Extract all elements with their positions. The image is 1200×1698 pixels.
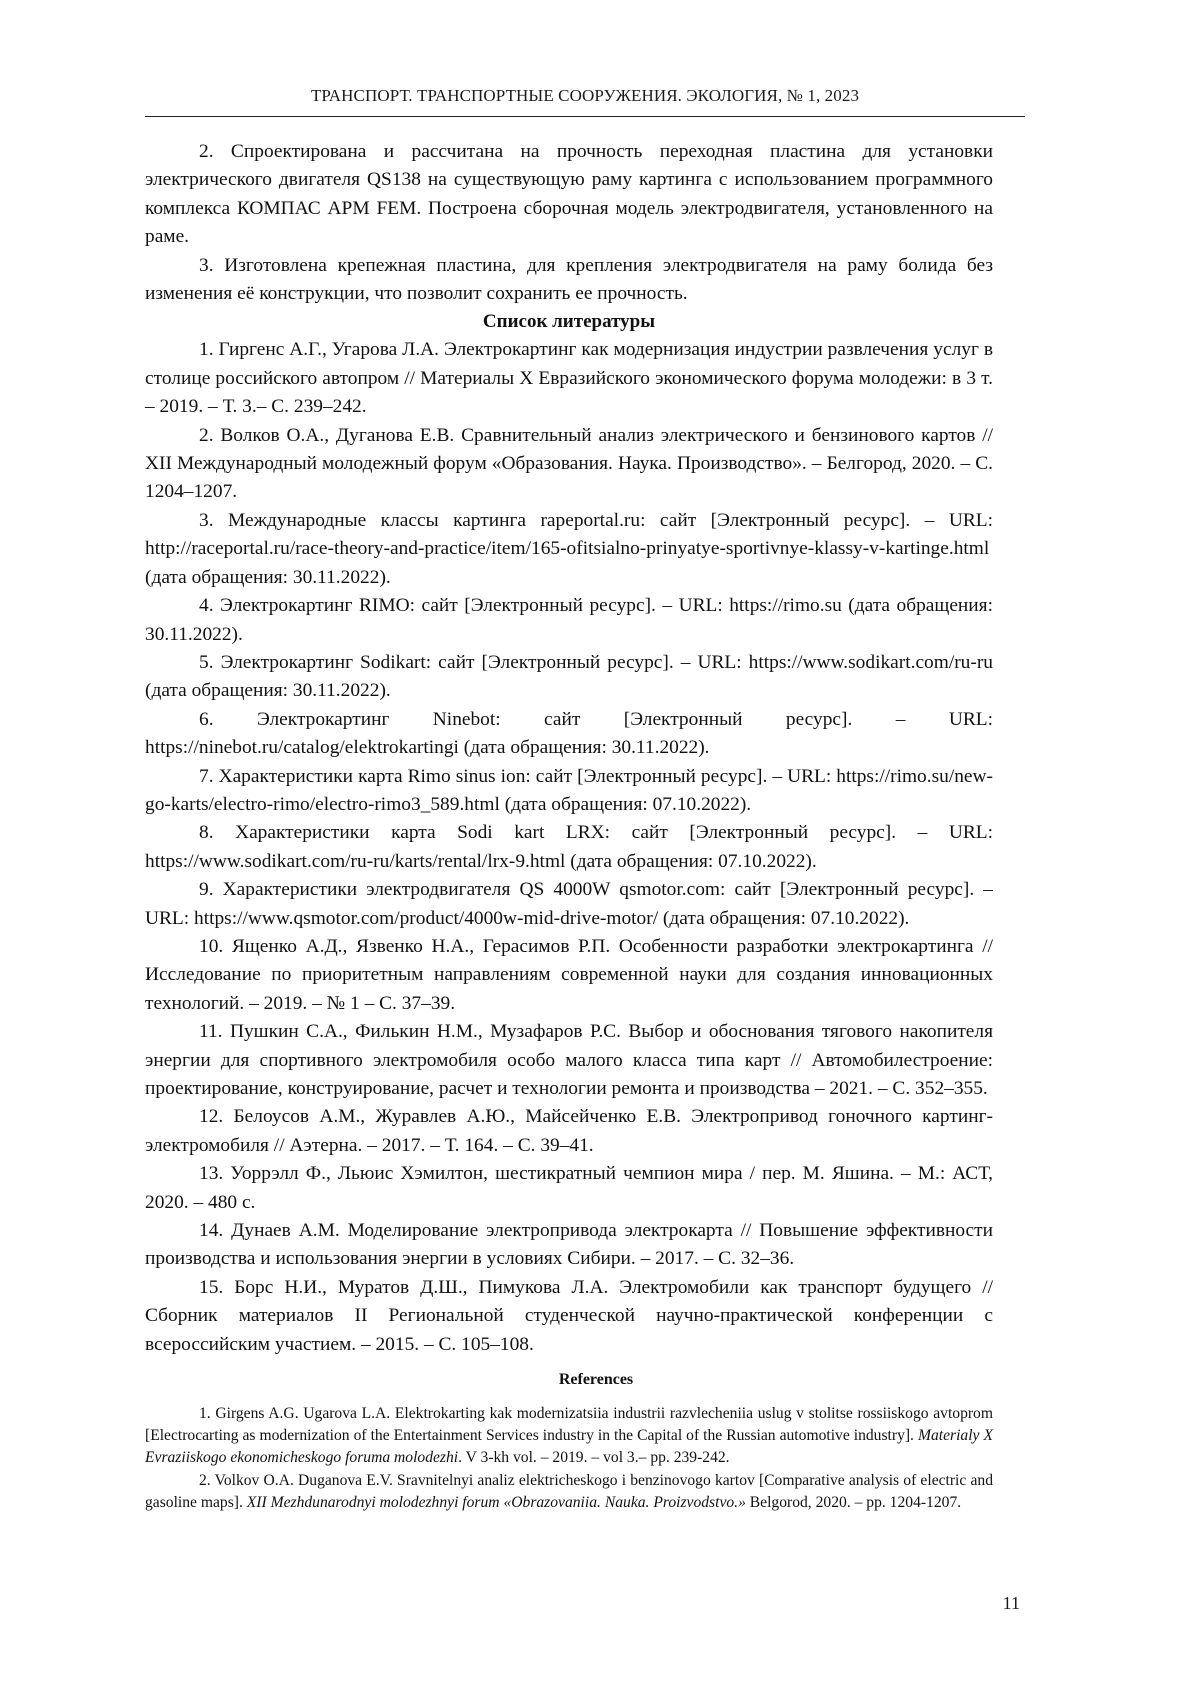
reference-text: 1. Girgens A.G. Ugarova L.A. Elektrokart… (145, 1405, 993, 1444)
header-divider (145, 116, 1025, 117)
conclusion-item: 3. Изготовлена крепежная пластина, для к… (145, 252, 993, 309)
conclusions: 2. Спроектирована и рассчитана на прочно… (145, 138, 993, 308)
reference-item: 2. Волков О.А., Дуганова Е.В. Сравнитель… (145, 422, 993, 507)
reference-item: 3. Международные классы картинга rapepor… (145, 507, 993, 592)
reference-item: 13. Уоррэлл Ф., Льюис Хэмилтон, шестикра… (145, 1160, 993, 1217)
reference-item: 14. Дунаев А.М. Моделирование электропри… (145, 1217, 993, 1274)
conclusion-item: 2. Спроектирована и рассчитана на прочно… (145, 138, 993, 252)
references-en-title: References (145, 1369, 993, 1391)
running-header: ТРАНСПОРТ. ТРАНСПОРТНЫЕ СООРУЖЕНИЯ. ЭКОЛ… (145, 86, 1025, 106)
reference-item: 11. Пушкин С.А., Филькин Н.М., Музафаров… (145, 1018, 993, 1103)
reference-item: 15. Борс Н.И., Муратов Д.Ш., Пимукова Л.… (145, 1274, 993, 1359)
reference-item-en: 1. Girgens A.G. Ugarova L.A. Elektrokart… (145, 1403, 993, 1470)
page-number: 11 (1003, 1593, 1020, 1614)
reference-text: Belgorod, 2020. – pp. 1204-1207. (746, 1494, 961, 1511)
reference-text: . V 3-kh vol. – 2019. – vol 3.– pp. 239-… (458, 1449, 729, 1466)
reference-item: 7. Характеристики карта Rimo sinus ion: … (145, 763, 993, 820)
reference-item: 9. Характеристики электродвигателя QS 40… (145, 876, 993, 933)
reference-item: 5. Электрокартинг Sodikart: сайт [Электр… (145, 649, 993, 706)
reference-source-title: XII Mezhdunarodnyi molodezhnyi forum «Ob… (247, 1494, 746, 1511)
reference-item: 4. Электрокартинг RIMO: сайт [Электронны… (145, 592, 993, 649)
references-ru: Список литературы 1. Гиргенс А.Г., Угаро… (145, 308, 993, 1359)
reference-item: 8. Характеристики карта Sodi kart LRX: с… (145, 819, 993, 876)
references-ru-title: Список литературы (145, 308, 993, 336)
page-body: 2. Спроектирована и рассчитана на прочно… (145, 138, 993, 1514)
reference-item: 10. Ященко А.Д., Язвенко Н.А., Герасимов… (145, 933, 993, 1018)
reference-item-en: 2. Volkov O.A. Duganova E.V. Sravnitelny… (145, 1470, 993, 1514)
reference-item: 6. Электрокартинг Ninebot: сайт [Электро… (145, 706, 993, 763)
references-en: References 1. Girgens A.G. Ugarova L.A. … (145, 1369, 993, 1514)
reference-item: 1. Гиргенс А.Г., Угарова Л.А. Электрокар… (145, 336, 993, 421)
reference-item: 12. Белоусов А.М., Журавлев А.Ю., Майсей… (145, 1103, 993, 1160)
